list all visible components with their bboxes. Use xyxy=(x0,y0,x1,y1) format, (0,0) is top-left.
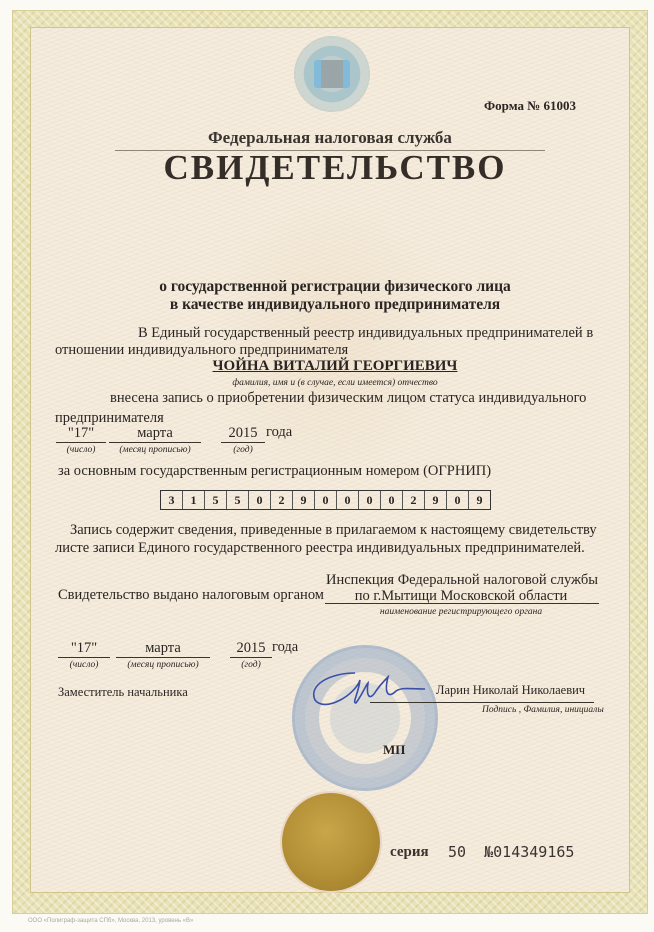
ogrnip-digit: 0 xyxy=(359,491,381,509)
form-number: Форма № 61003 xyxy=(484,98,576,114)
signature-line xyxy=(370,702,594,703)
signer-position: Заместитель начальника xyxy=(58,685,188,700)
series-label: серия xyxy=(390,844,429,861)
name-caption: фамилия, имя и (в случае, если имеется) … xyxy=(230,378,440,388)
ogrnip-digit: 1 xyxy=(183,491,205,509)
record-contains-line-2: листе записи Единого государственного ре… xyxy=(55,540,585,557)
record-date-year-suffix: года xyxy=(266,424,292,441)
record-date-month: марта xyxy=(109,425,201,443)
signer-caption: Подпись , Фамилия, инициалы xyxy=(482,705,604,715)
issue-date-year-suffix: года xyxy=(272,639,298,656)
double-headed-eagle-icon xyxy=(314,60,350,88)
issue-day-caption: (число) xyxy=(58,660,110,670)
ogrnip-digit: 5 xyxy=(227,491,249,509)
ogrnip-digit: 9 xyxy=(469,491,490,509)
record-date-year: 2015 xyxy=(221,425,265,443)
intro-line-1: В Единый государственный реестр индивиду… xyxy=(138,325,593,342)
ogrnip-label: за основным государственным регистрацион… xyxy=(58,463,491,480)
certificate-number: №014349165 xyxy=(484,843,574,861)
fns-emblem-icon xyxy=(296,38,368,110)
ogrnip-digit: 9 xyxy=(425,491,447,509)
record-day-caption: (число) xyxy=(56,445,106,455)
record-month-caption: (месяц прописью) xyxy=(109,445,201,455)
ogrnip-digit: 0 xyxy=(315,491,337,509)
series-and-number: 50 №014349165 xyxy=(448,843,574,861)
ogrnip-digit: 9 xyxy=(293,491,315,509)
subtitle-line-1: о государственной регистрации физическог… xyxy=(100,278,570,296)
issue-date-month: марта xyxy=(116,640,210,658)
intro-line-2: отношении индивидуального предпринимател… xyxy=(55,342,348,359)
signer-name: Ларин Николай Николаевич xyxy=(436,683,585,698)
ogrnip-digit: 0 xyxy=(447,491,469,509)
document-title: СВИДЕТЕЛЬСТВО xyxy=(100,148,570,188)
issue-month-caption: (месяц прописью) xyxy=(116,660,210,670)
ogrnip-digit: 0 xyxy=(337,491,359,509)
ogrnip-digit: 5 xyxy=(205,491,227,509)
issue-year-caption: (год) xyxy=(230,660,272,670)
subtitle-line-2: в качестве индивидуального предпринимате… xyxy=(100,296,570,314)
issue-date-day: "17" xyxy=(58,640,110,658)
agency-name: Федеральная налоговая служба xyxy=(110,128,550,148)
ogrnip-digit: 2 xyxy=(403,491,425,509)
issued-by-label: Свидетельство выдано налоговым органом xyxy=(58,587,324,604)
ogrnip-digit: 2 xyxy=(271,491,293,509)
stamp-place-label: МП xyxy=(383,742,405,758)
record-contains-line-1: Запись содержит сведения, приведенные в … xyxy=(70,522,597,539)
record-date-day: "17" xyxy=(56,425,106,443)
ogrnip-digit: 0 xyxy=(381,491,403,509)
entrepreneur-name: ЧОЙНА ВИТАЛИЙ ГЕОРГИЕВИЧ xyxy=(200,358,470,375)
signature-icon xyxy=(300,665,430,715)
ogrnip-number-grid: 315502900002909 xyxy=(160,490,491,510)
record-year-caption: (год) xyxy=(221,445,265,455)
issue-date-year: 2015 xyxy=(230,640,272,658)
ogrnip-digit: 0 xyxy=(249,491,271,509)
series-value: 50 xyxy=(448,843,466,861)
ogrnip-digit: 3 xyxy=(161,491,183,509)
issuer-line-1: Инспекция Федеральной налоговой службы xyxy=(326,572,596,589)
gold-seal-icon xyxy=(282,793,380,891)
record-line-1: внесена запись о приобретении физическим… xyxy=(110,390,586,407)
printer-note: ООО «Полиграф-защита СПб», Москва, 2013,… xyxy=(28,918,193,924)
issuer-caption: наименование регистрирующего органа xyxy=(326,607,596,617)
issuer-underline xyxy=(325,603,599,604)
